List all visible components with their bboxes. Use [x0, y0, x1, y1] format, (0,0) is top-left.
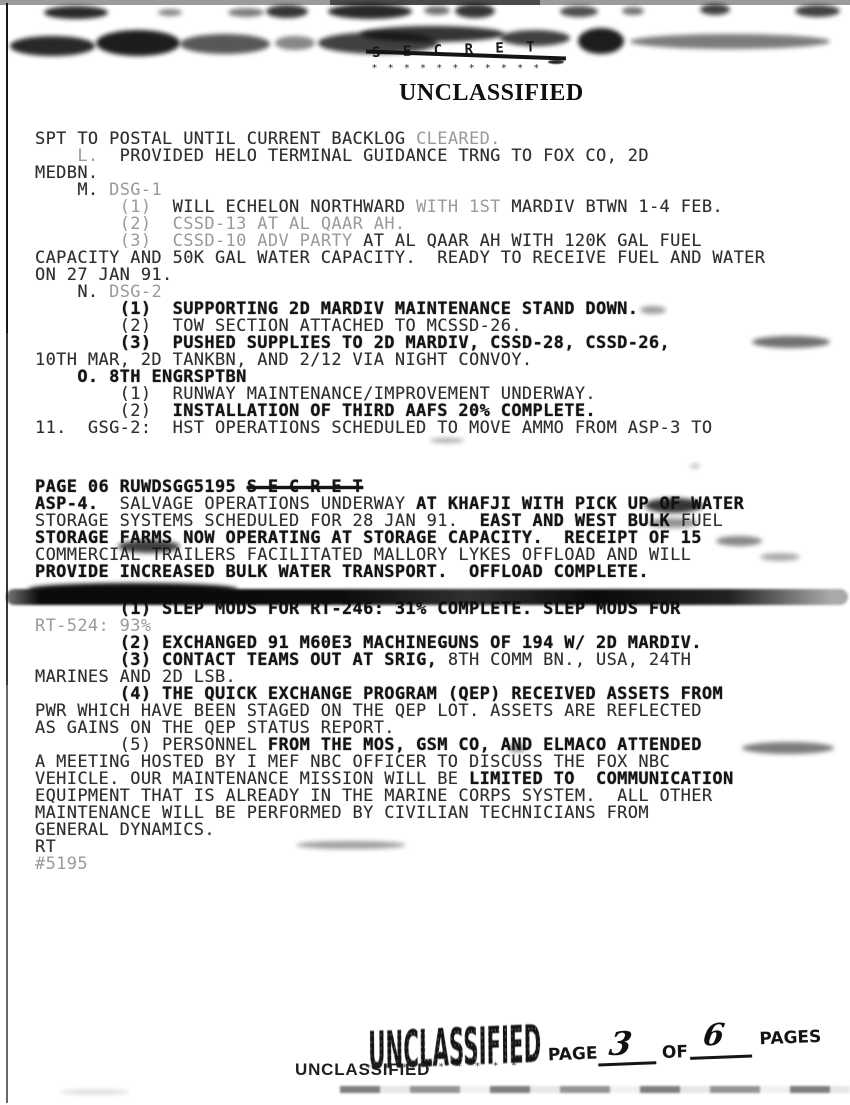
ink-smudge — [742, 742, 834, 754]
unclassified-footer: UNCLASSIFIED — [295, 1060, 430, 1080]
ink-smudge — [752, 336, 830, 348]
ink-smudge — [455, 4, 495, 18]
ink-smudge — [180, 34, 270, 54]
page-label: PAGE — [548, 1043, 598, 1065]
ink-smudge — [645, 498, 703, 513]
typed-line: GENERAL DYNAMICS. — [35, 822, 734, 839]
ink-smudge — [266, 5, 308, 18]
ink-smudge — [296, 841, 406, 849]
scan-left-edge-line — [6, 3, 8, 1103]
ink-smudge — [716, 536, 762, 546]
ink-smudge — [96, 30, 180, 56]
ink-smudge — [795, 5, 840, 17]
ink-smudge — [690, 464, 700, 468]
ink-smudge — [44, 6, 108, 19]
ink-smudge — [648, 518, 698, 528]
typed-line: L. PROVIDED HELO TERMINAL GUIDANCE TRNG … — [35, 148, 765, 165]
ink-smudge — [508, 744, 526, 752]
ink-smudge — [640, 306, 666, 314]
page-count-group: PAGE 3 OF 6 PAGES — [547, 1021, 829, 1088]
ink-smudge — [760, 553, 800, 561]
ink-smudge — [430, 438, 464, 443]
pages-label: PAGES — [759, 1027, 822, 1049]
typed-text-block-1: SPT TO POSTAL UNTIL CURRENT BACKLOG CLEA… — [35, 131, 765, 437]
ink-smudge — [10, 36, 95, 56]
ink-smudge — [118, 540, 180, 553]
total-pages-underline — [690, 1055, 752, 1060]
ink-smudge — [328, 4, 412, 19]
ink-smudge — [548, 60, 564, 64]
redaction-bar — [6, 589, 848, 605]
typed-line: PROVIDE INCREASED BULK WATER TRANSPORT. … — [35, 564, 744, 581]
scan-bottom-streak — [340, 1086, 850, 1093]
typed-line: 11. GSG-2: HST OPERATIONS SCHEDULED TO M… — [35, 420, 765, 437]
ink-smudge — [578, 28, 624, 54]
handwritten-page-number: 3 — [607, 1024, 634, 1063]
asterisk-row: * * * * * * * * * * * — [372, 63, 543, 74]
ink-smudge — [424, 6, 450, 15]
handwritten-total-pages: 6 — [701, 1017, 727, 1053]
ink-smudge — [622, 7, 644, 15]
ink-smudge — [700, 4, 730, 15]
typed-line: #5195 — [35, 856, 734, 873]
ink-smudge — [60, 1090, 130, 1094]
ink-smudge — [275, 36, 315, 50]
ink-smudge — [360, 26, 505, 42]
typed-text-block-3: (1) SLEP MODS FOR RT-246: 31% COMPLETE. … — [35, 601, 734, 873]
ink-smudge — [228, 8, 264, 17]
ink-smudge — [158, 9, 182, 16]
scanned-document-page: S E C R E T * * * * * * * * * * * UNCLAS… — [0, 0, 850, 1105]
unclassified-header: UNCLASSIFIED — [399, 80, 584, 107]
ink-smudge — [630, 34, 830, 49]
typed-text-block-2: PAGE 06 RUWDSGG5195 S E C R E TASP-4. SA… — [35, 479, 744, 581]
ink-smudge — [560, 6, 598, 17]
of-label: OF — [662, 1042, 689, 1063]
